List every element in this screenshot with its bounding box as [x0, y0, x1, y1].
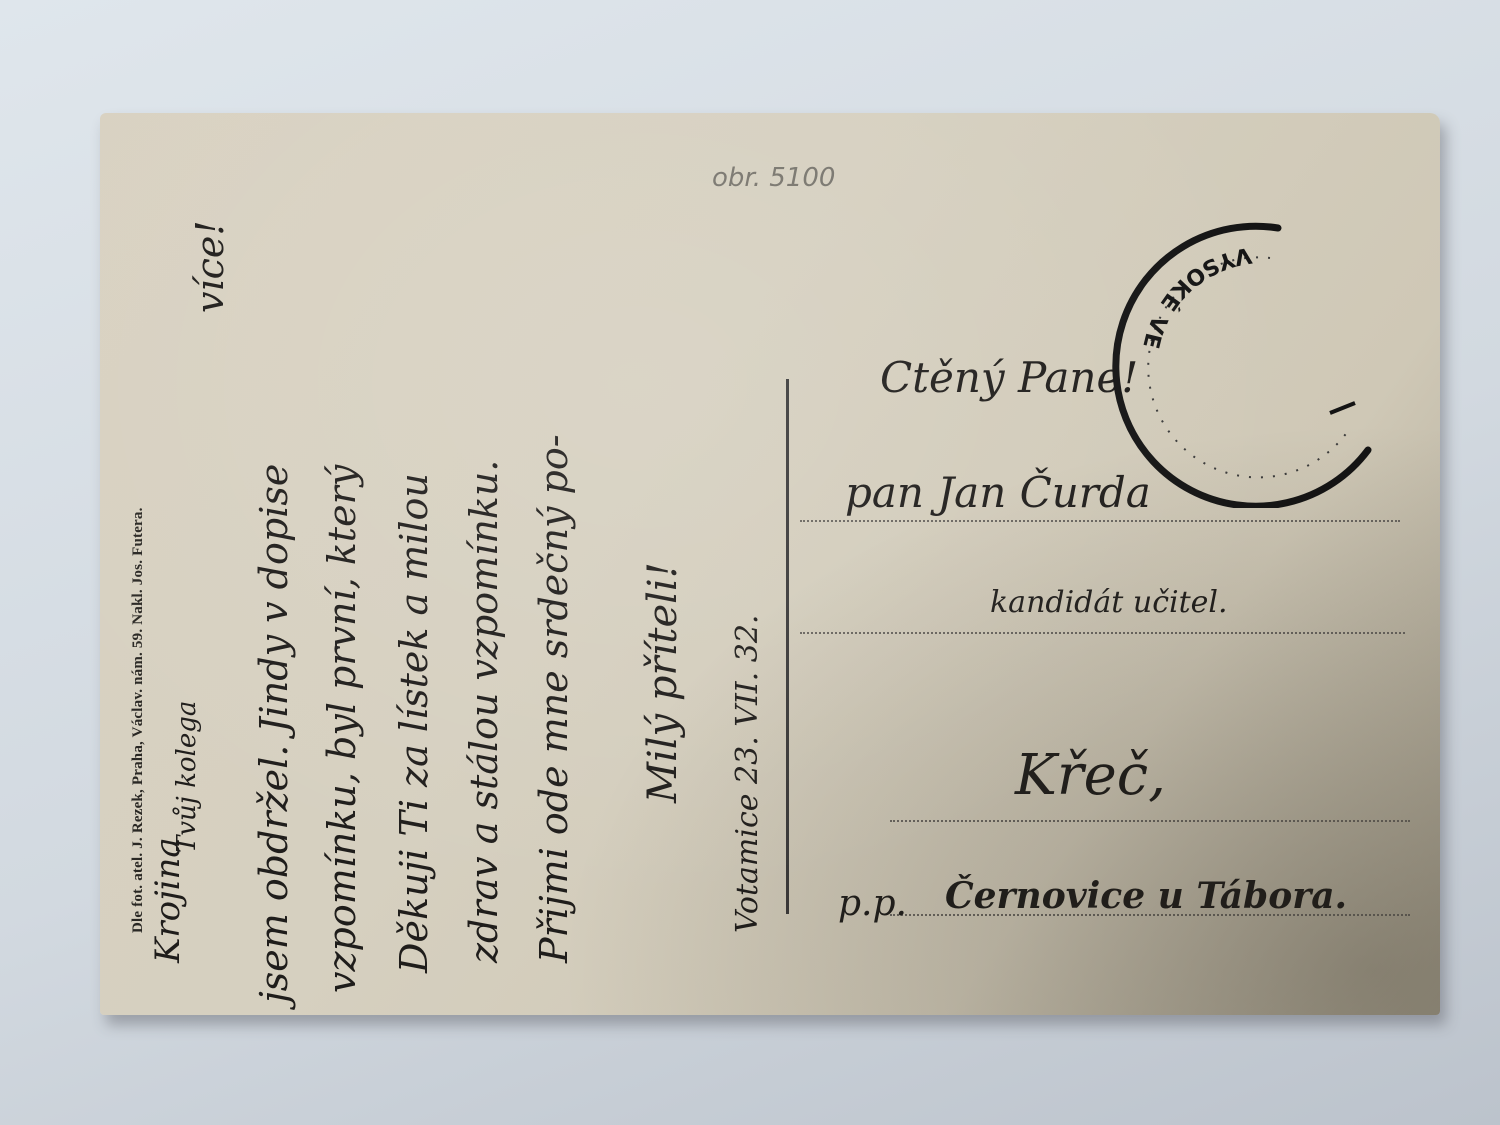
message-line-1: Přijmi ode mne srdečný po-	[532, 434, 576, 963]
svg-text:VYSOKÉ VE: VYSOKÉ VE	[1137, 242, 1254, 353]
address-postoffice: Černovice u Tábora.	[945, 875, 1347, 917]
postmark-stamp-icon: VYSOKÉ VE	[1100, 218, 1380, 508]
address-town: Křeč,	[1015, 743, 1166, 808]
address-rule-2	[800, 632, 1405, 634]
place-date: Votamice 23. VII. 32.	[730, 615, 765, 933]
signature-line: Tvůj kolega	[172, 701, 202, 853]
address-occupation: kandidát učitel.	[990, 585, 1228, 620]
message-line-6: více!	[188, 220, 232, 313]
signature-name: Krojina	[148, 837, 188, 963]
divider-line	[786, 379, 789, 914]
postcard-back: Dle fot. atel. J. Rezek, Praha, Václav. …	[100, 113, 1440, 1015]
message-line-5: jsem obdržel. Jindy v dopise	[252, 464, 296, 1003]
address-rule-1	[800, 520, 1400, 522]
printer-credit: Dle fot. atel. J. Rezek, Praha, Václav. …	[130, 507, 147, 933]
message-line-4: vzpomínku, byl první, který	[320, 465, 364, 993]
postmark-text: VYSOKÉ VE	[1137, 242, 1254, 353]
message-line-3: Děkuji Ti za lístek a milou	[392, 473, 436, 973]
message-line-2: zdrav a stálou vzpomínku.	[462, 460, 506, 963]
pencil-note: obr. 5100	[712, 163, 835, 193]
address-rule-3	[890, 820, 1410, 822]
address-postoffice-prefix: p.p.	[838, 883, 907, 924]
salutation: Milý příteli!	[640, 562, 686, 803]
